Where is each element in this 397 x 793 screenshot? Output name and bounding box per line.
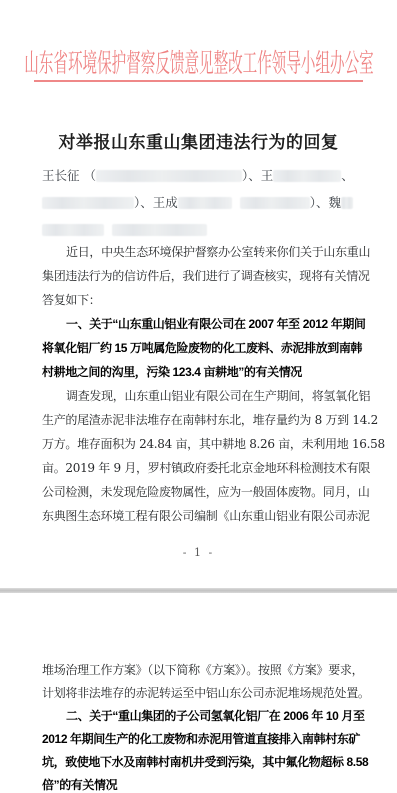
redaction-blur [273,170,341,182]
recipient-text: ）、王成 [134,195,178,210]
redaction-blur [42,224,104,236]
redaction-blur [96,170,242,182]
body-line: 答复如下： [42,288,372,312]
recipient-line [42,216,372,243]
recipient-text: ）、王 [242,168,273,183]
page2-body: 堆场治理工作方案》（以下简称《方案》）。按照《方案》要求， 计划将非法堆存的赤泥… [42,659,372,793]
body-line: 生产的尾渣赤泥非法堆存在南韩村东北，堆存量约为 8 万到 14.2 [42,408,372,432]
section-heading-line: 将氧化铝厂约 15 万吨属危险废物的化工废料、赤泥排放到南韩 [42,336,372,360]
body-line: 集团违法行为的信访件后，我们进行了调查核实，现将有关情况 [42,264,372,288]
body-line: 东典图生态环境工程有限公司编制《山东重山铝业有限公司赤泥 [42,504,372,528]
letterhead: 山东省环境保护督察反馈意见整改工作领导小组办公室 [0,44,397,78]
body-line: 计划将非法堆存的赤泥转运至中铝山东公司赤泥堆场规范处置。 [42,682,372,705]
section-heading-line: 村耕地之间的沟里，污染 123.4 亩耕地”的有关情况 [42,360,372,384]
redaction-blur [112,224,207,236]
page1-body: 近日，中央生态环境保护督察办公室转来你们关于山东重山 集团违法行为的信访件后，我… [42,240,372,528]
section-heading-line: 2012 年期间生产的化工废物和赤泥用管道直接排入南韩村东矿 [42,728,372,751]
recipient-line: ）、王成）、魏 [42,189,372,216]
letterhead-rule [34,80,363,82]
body-line: 堆场治理工作方案》（以下简称《方案》）。按照《方案》要求， [42,659,372,682]
recipient-text: ）、魏 [310,195,341,210]
page-divider [0,588,397,593]
page-number: - 1 - [0,546,397,559]
redaction-blur [178,197,232,209]
body-line: 亩。2019 年 9 月，罗村镇政府委托北京金地环科检测技术有限 [42,456,372,480]
section-heading-line: 一、关于“山东重山铝业有限公司在 2007 年至 2012 年期间 [42,312,372,336]
recipients-block: 王长征 （）、王、 ）、王成）、魏 [42,162,372,243]
body-line: 万方。堆存面积为 24.84 亩，其中耕地 8.26 亩，未利用地 16.58 [42,432,372,456]
section-heading-line: 二、关于“重山集团的子公司氢氧化铝厂在 2006 年 10 月至 [42,705,372,728]
body-line: 调查发现，山东重山铝业有限公司在生产期间，将氢氧化铝 [42,384,372,408]
document-sheet: 山东省环境保护督察反馈意见整改工作领导小组办公室 对举报山东重山集团违法行为的回… [0,0,397,793]
section-heading-line: 倍”的有关情况 [42,774,372,793]
letterhead-office-name: 山东省环境保护督察反馈意见整改工作领导小组办公室 [24,43,373,80]
body-line: 近日，中央生态环境保护督察办公室转来你们关于山东重山 [42,240,372,264]
redaction-blur [42,197,134,209]
document-title: 对举报山东重山集团违法行为的回复 [0,128,397,153]
section-heading-line: 坑，致使地下水及南韩村南机井受到污染，其中氟化物超标 8.58 [42,751,372,774]
body-line: 公司检测，未发现危险废物属性，应为一般固体废物。同月，山 [42,480,372,504]
redaction-blur [240,197,310,209]
recipient-line: 王长征 （）、王、 [42,162,372,189]
redaction-blur [341,197,353,209]
recipient-text: 、 [341,168,354,183]
recipient-text: 王长征 （ [42,168,96,183]
